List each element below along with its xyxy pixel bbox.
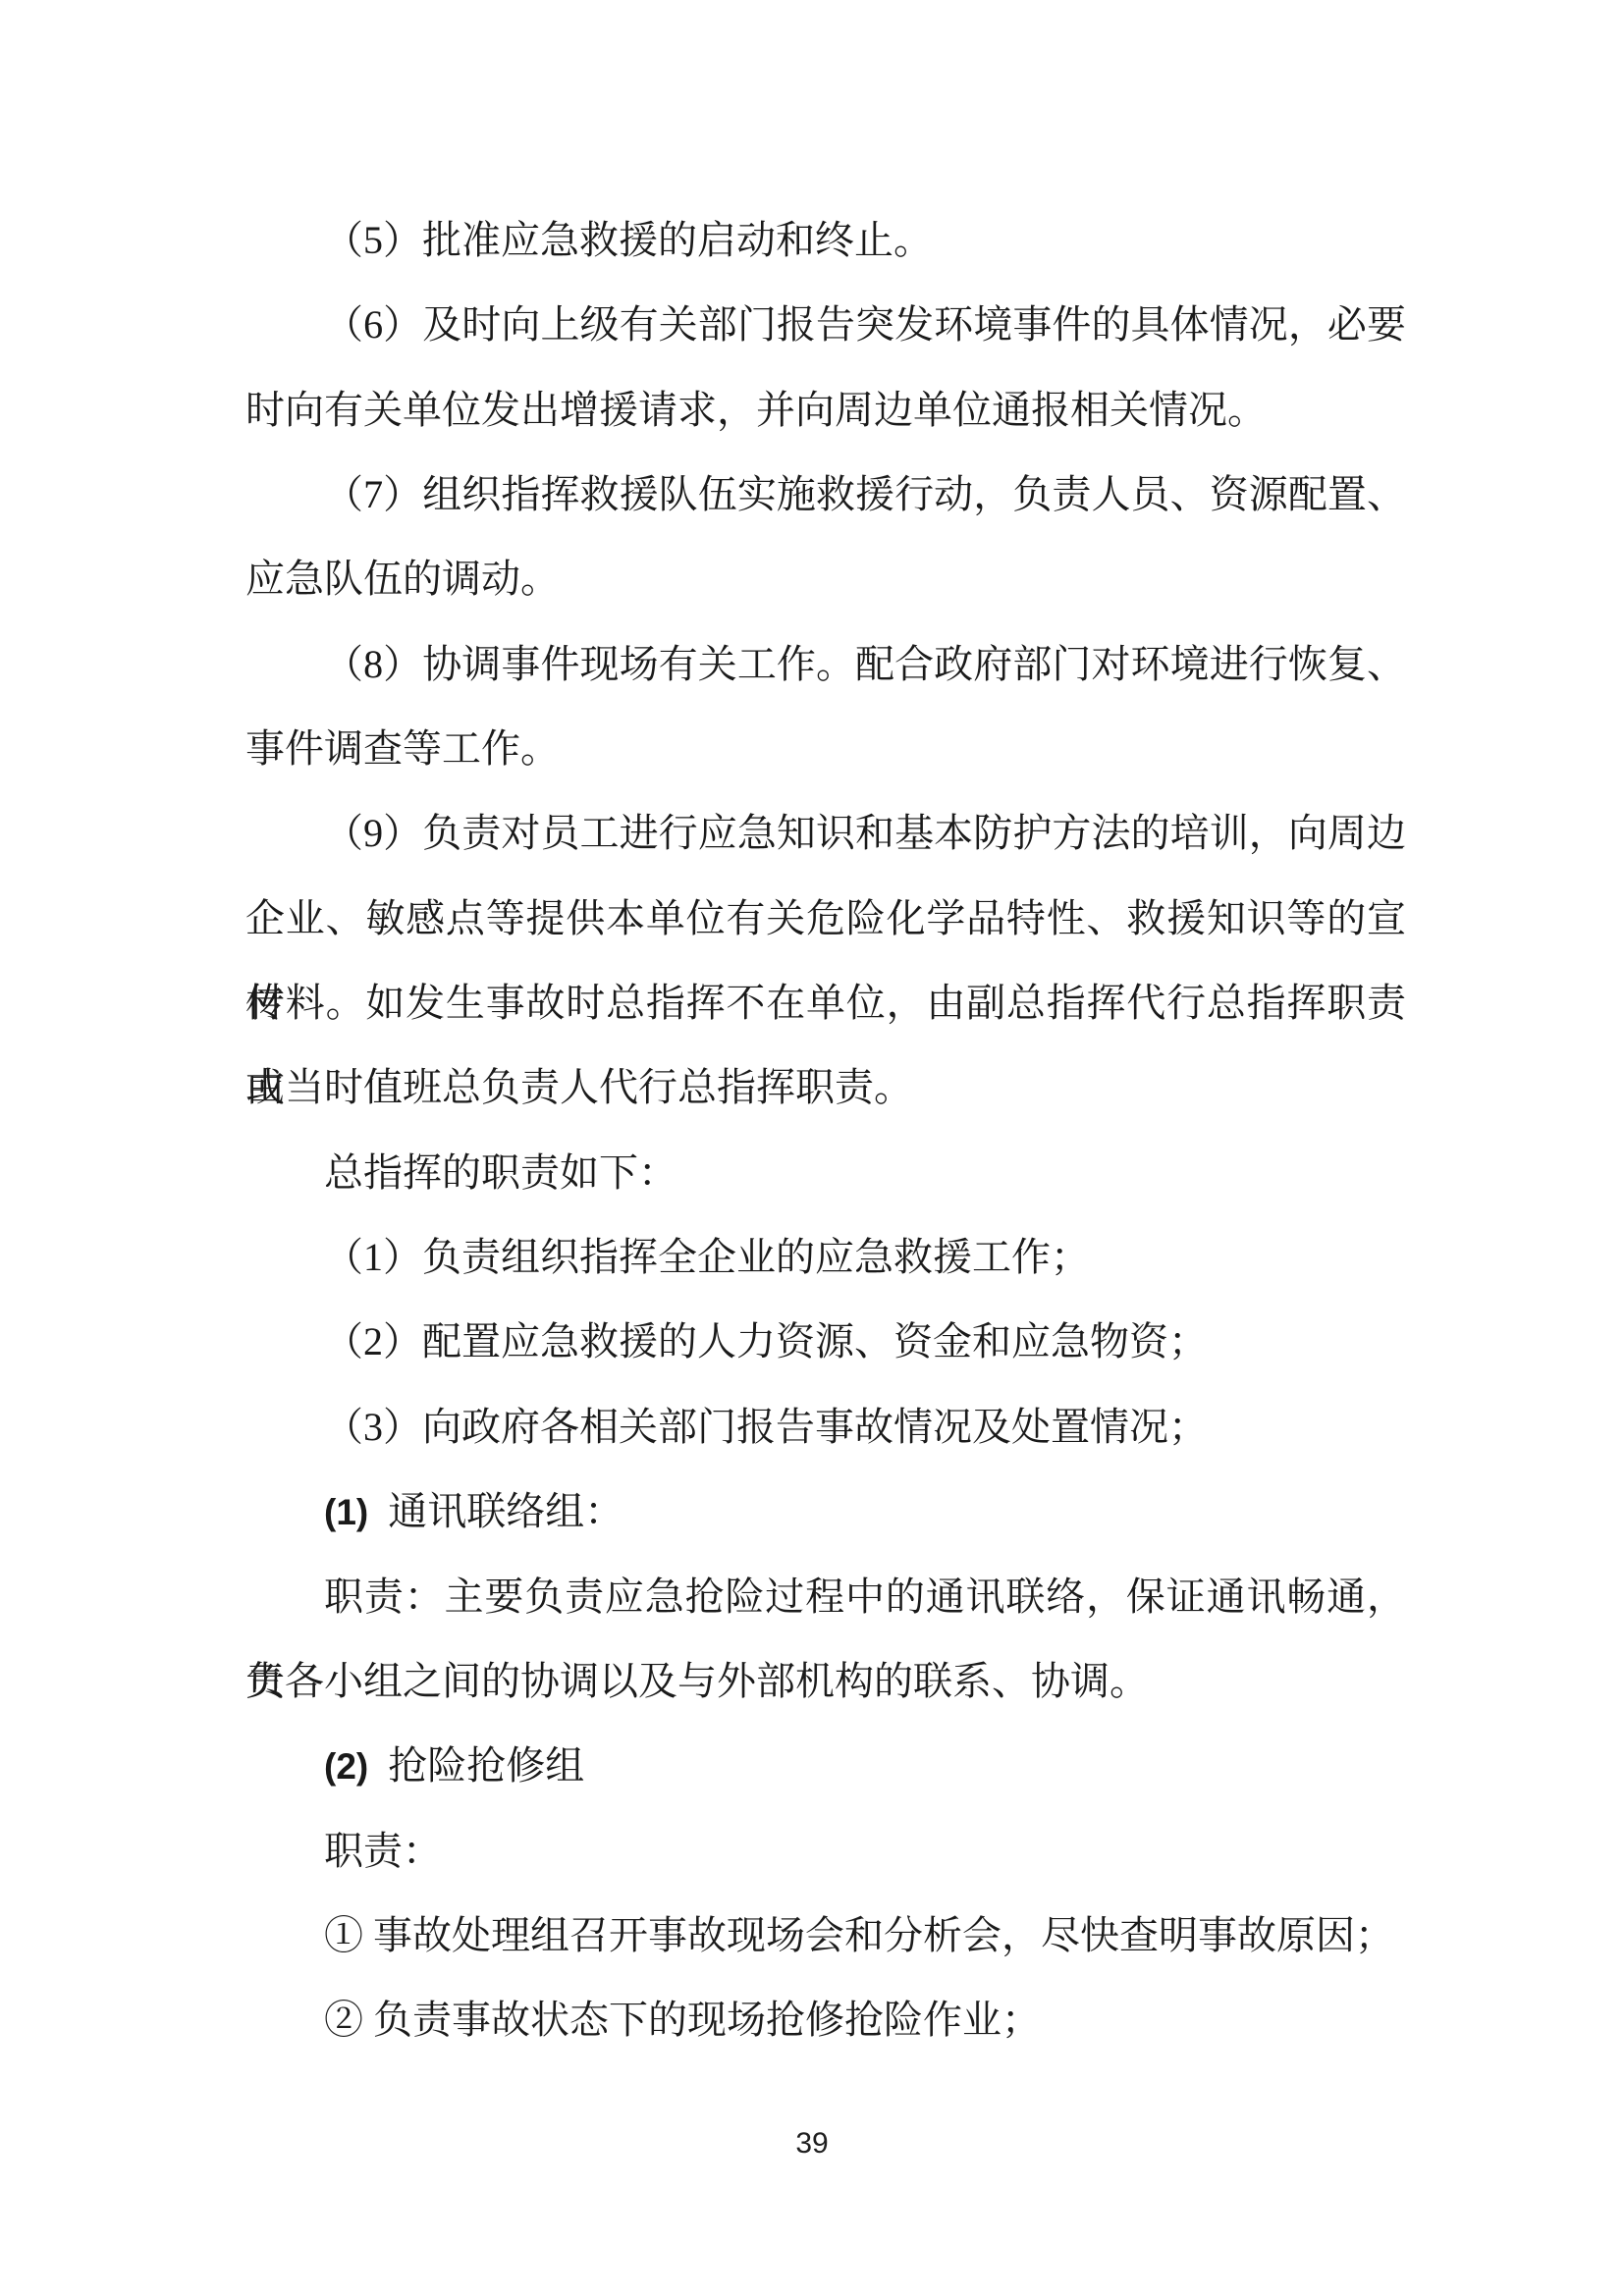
text-line: （1）负责组织指挥全企业的应急救援工作； xyxy=(245,1215,1406,1300)
text-line: （8）协调事件现场有关工作。配合政府部门对环境进行恢复、 xyxy=(245,622,1406,707)
text-line-content: （9）负责对员工进行应急知识和基本防护方法的培训，向周边 xyxy=(324,811,1406,855)
text-line: 应急队伍的调动。 xyxy=(245,537,1406,621)
text-line-content: （3）向政府各相关部门报告事故情况及处置情况； xyxy=(324,1405,1208,1449)
text-line: 企业、敏感点等提供本单位有关危险化学品特性、救援知识等的宣传 xyxy=(245,877,1406,961)
text-line-content: （8）协调事件现场有关工作。配合政府部门对环境进行恢复、 xyxy=(324,642,1406,686)
text-line-content: （1）负责组织指挥全企业的应急救援工作； xyxy=(324,1235,1090,1279)
text-line-content: 应急队伍的调动。 xyxy=(245,557,560,601)
text-line: 总指挥的职责如下： xyxy=(245,1131,1406,1215)
text-line: （3）向政府各相关部门报告事故情况及处置情况； xyxy=(245,1385,1406,1469)
text-line-content: 职责： xyxy=(324,1829,442,1873)
text-line: 事件调查等工作。 xyxy=(245,707,1406,791)
text-line-content: 时向有关单位发出增援请求，并向周边单位通报相关情况。 xyxy=(245,388,1267,432)
text-line: 时向有关单位发出增援请求，并向周边单位通报相关情况。 xyxy=(245,368,1406,453)
text-line: （7）组织指挥救援队伍实施救援行动，负责人员、资源配置、 xyxy=(245,453,1406,537)
text-line: 责各小组之间的协调以及与外部机构的联系、协调。 xyxy=(245,1639,1406,1724)
text-line: （9）负责对员工进行应急知识和基本防护方法的培训，向周边 xyxy=(245,791,1406,876)
text-line-content: ① 事故处理组召开事故现场会和分析会，尽快查明事故原因； xyxy=(324,1913,1394,1957)
text-line: ① 事故处理组召开事故现场会和分析会，尽快查明事故原因； xyxy=(245,1894,1406,1978)
document-body: （5）批准应急救援的启动和终止。（6）及时向上级有关部门报告突发环境事件的具体情… xyxy=(245,198,1406,2063)
text-line: 由当时值班总负责人代行总指挥职责。 xyxy=(245,1045,1406,1130)
text-line-content: （5）批准应急救援的启动和终止。 xyxy=(324,218,933,262)
list-number: (2) xyxy=(324,1746,368,1787)
text-line-content: 抢险抢修组 xyxy=(388,1743,584,1788)
text-line-content: 责各小组之间的协调以及与外部机构的联系、协调。 xyxy=(245,1659,1149,1703)
text-line-content: 事件调查等工作。 xyxy=(245,726,560,771)
document-page: （5）批准应急救援的启动和终止。（6）及时向上级有关部门报告突发环境事件的具体情… xyxy=(0,0,1624,2296)
text-line-content: （6）及时向上级有关部门报告突发环境事件的具体情况，必要 xyxy=(324,302,1406,347)
text-line-content: （2）配置应急救援的人力资源、资金和应急物资； xyxy=(324,1319,1208,1363)
text-line: （6）及时向上级有关部门报告突发环境事件的具体情况，必要 xyxy=(245,283,1406,367)
text-line-content: 由当时值班总负责人代行总指挥职责。 xyxy=(245,1065,913,1109)
text-line: 职责： xyxy=(245,1809,1406,1894)
text-line-content: ② 负责事故状态下的现场抢修抢险作业； xyxy=(324,1998,1041,2042)
text-line-content: 通讯联络组： xyxy=(388,1489,623,1533)
text-line: (1)通讯联络组： xyxy=(245,1469,1406,1554)
text-line: (2)抢险抢修组 xyxy=(245,1724,1406,1808)
text-line: ② 负责事故状态下的现场抢修抢险作业； xyxy=(245,1978,1406,2062)
text-line: （5）批准应急救援的启动和终止。 xyxy=(245,198,1406,283)
text-line: 材料。如发生事故时总指挥不在单位，由副总指挥代行总指挥职责或 xyxy=(245,961,1406,1045)
text-line-content: （7）组织指挥救援队伍实施救援行动，负责人员、资源配置、 xyxy=(324,472,1406,516)
text-line: 职责：主要负责应急抢险过程中的通讯联络，保证通讯畅通，负 xyxy=(245,1555,1406,1639)
text-line: （2）配置应急救援的人力资源、资金和应急物资； xyxy=(245,1300,1406,1384)
list-number: (1) xyxy=(324,1492,368,1532)
page-number: 39 xyxy=(0,2128,1624,2160)
text-line-content: 总指挥的职责如下： xyxy=(324,1150,677,1195)
